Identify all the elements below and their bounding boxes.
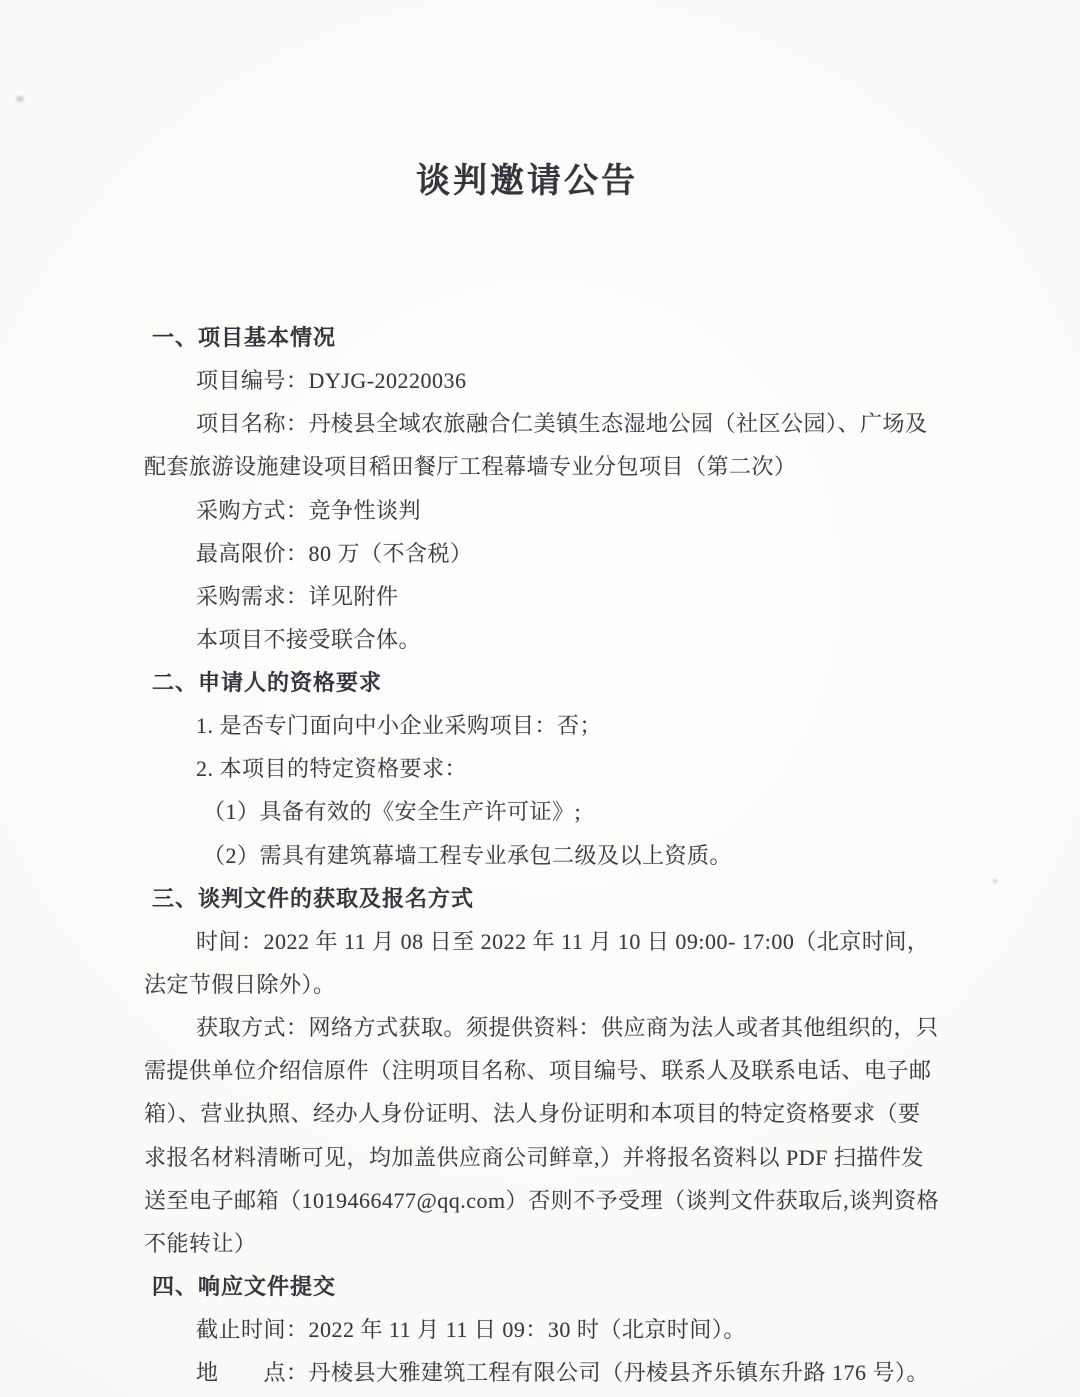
document-line: 箱）、营业执照、经办人身份证明、法人身份证明和本项目的特定资格要求（要 — [144, 1101, 921, 1127]
section-heading-1: 一、项目基本情况 — [152, 325, 336, 351]
scan-speck — [993, 879, 997, 883]
document-line: 地 点：丹棱县大雅建筑工程有限公司（丹棱县齐乐镇东升路 176 号）。 — [196, 1360, 929, 1386]
scan-speck — [16, 96, 24, 102]
document-line: 获取方式：网络方式获取。须提供资料：供应商为法人或者其他组织的，只 — [196, 1015, 939, 1041]
document-line: （1）具备有效的《安全生产许可证》; — [203, 799, 581, 825]
document-line: 需提供单位介绍信原件（注明项目名称、项目编号、联系人及联系电话、电子邮 — [144, 1058, 932, 1084]
document-line: 法定节假日除外）。 — [144, 972, 336, 998]
document-line: 最高限价：80 万（不含税） — [196, 541, 473, 567]
document-line: 采购方式：竞争性谈判 — [196, 498, 421, 524]
document-line: 1. 是否专门面向中小企业采购项目：否； — [196, 713, 602, 739]
document-line-email: 送至电子邮箱（1019466477@qq.com）否则不予受理（谈判文件获取后,… — [144, 1188, 939, 1214]
document-line: 本项目不接受联合体。 — [196, 627, 421, 653]
document-line: （2）需具有建筑幕墙工程专业承包二级及以上资质。 — [203, 843, 732, 869]
document-page: 谈判邀请公告 一、项目基本情况 项目编号：DYJG-20220036 项目名称：… — [0, 0, 1080, 1397]
document-line: 时间：2022 年 11 月 08 日至 2022 年 11 月 10 日 09… — [196, 929, 929, 955]
document-line: 求报名材料清晰可见，均加盖供应商公司鲜章,）并将报名资料以 PDF 扫描件发 — [144, 1145, 924, 1171]
document-line: 项目编号：DYJG-20220036 — [196, 368, 467, 394]
document-line: 2. 本项目的特定资格要求： — [196, 756, 467, 782]
document-title: 谈判邀请公告 — [0, 162, 1054, 202]
document-line: 配套旅游设施建设项目稻田餐厅工程幕墙专业分包项目（第二次） — [144, 454, 797, 480]
document-line: 项目名称：丹棱县全域农旅融合仁美镇生态湿地公园（社区公园）、广场及 — [196, 411, 928, 437]
section-heading-4: 四、响应文件提交 — [152, 1274, 336, 1300]
document-line: 采购需求：详见附件 — [196, 584, 399, 610]
document-line: 截止时间：2022 年 11 月 11 日 09：30 时（北京时间）。 — [196, 1317, 746, 1343]
section-heading-3: 三、谈判文件的获取及报名方式 — [152, 886, 474, 912]
section-heading-2: 二、申请人的资格要求 — [152, 670, 382, 696]
document-line: 不能转让） — [144, 1231, 257, 1257]
